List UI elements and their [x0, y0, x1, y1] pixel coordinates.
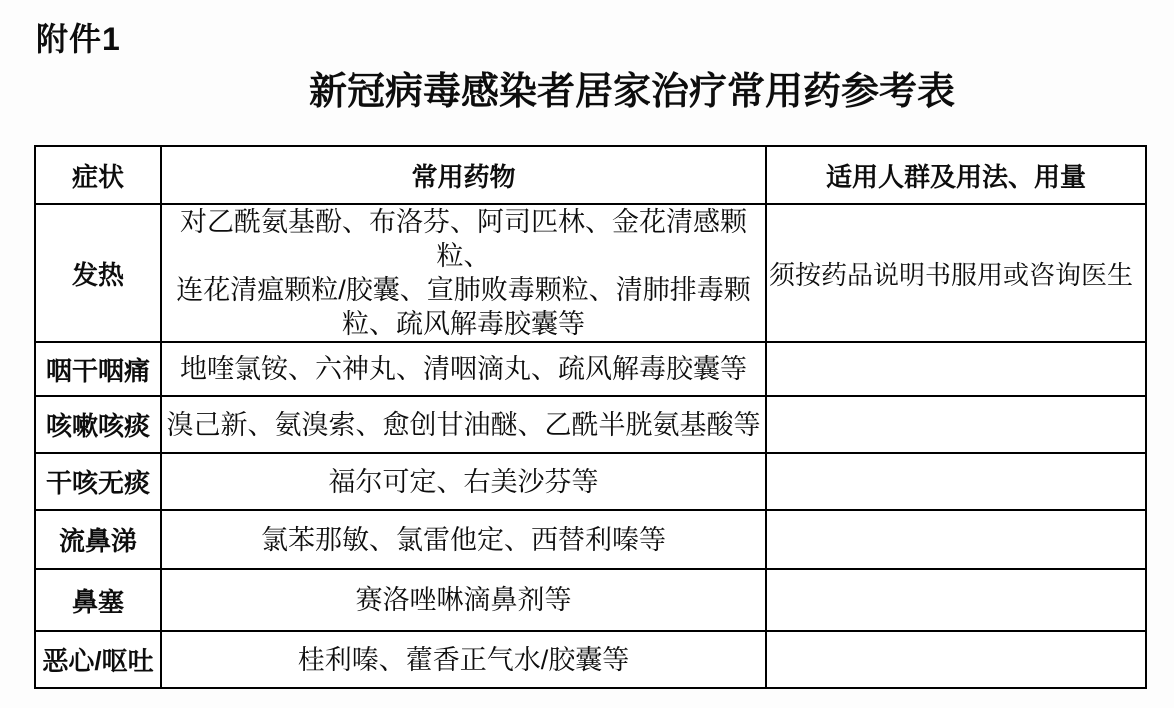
table-header-row: 症状 常用药物 适用人群及用法、用量 — [35, 146, 1146, 204]
symptom-cell: 鼻塞 — [35, 569, 161, 631]
usage-cell: 须按药品说明书服用或咨询医生 — [766, 204, 1146, 342]
symptom-cell: 流鼻涕 — [35, 510, 161, 569]
table-row: 干咳无痰福尔可定、右美沙芬等 — [35, 453, 1146, 510]
medicines-cell: 福尔可定、右美沙芬等 — [161, 453, 766, 510]
medicines-cell: 氯苯那敏、氯雷他定、西替利嗪等 — [161, 510, 766, 569]
table-row: 恶心/呕吐桂利嗪、藿香正气水/胶囊等 — [35, 631, 1146, 688]
col-header-medicines: 常用药物 — [161, 146, 766, 204]
symptom-cell: 干咳无痰 — [35, 453, 161, 510]
col-header-symptom: 症状 — [35, 146, 161, 204]
medicines-cell: 桂利嗪、藿香正气水/胶囊等 — [161, 631, 766, 688]
attachment-label: 附件1 — [36, 14, 121, 60]
medicines-cell: 赛洛唑啉滴鼻剂等 — [161, 569, 766, 631]
usage-cell — [766, 453, 1146, 510]
table-row: 咳嗽咳痰溴己新、氨溴索、愈创甘油醚、乙酰半胱氨基酸等 — [35, 396, 1146, 453]
usage-cell — [766, 510, 1146, 569]
medicines-cell: 对乙酰氨基酚、布洛芬、阿司匹林、金花清感颗 粒、 连花清瘟颗粒/胶囊、宣肺败毒颗… — [161, 204, 766, 342]
symptom-cell: 恶心/呕吐 — [35, 631, 161, 688]
medicine-table: 症状 常用药物 适用人群及用法、用量 发热对乙酰氨基酚、布洛芬、阿司匹林、金花清… — [34, 145, 1147, 689]
usage-cell — [766, 396, 1146, 453]
page-title: 新冠病毒感染者居家治疗常用药参考表 — [0, 60, 1174, 115]
symptom-cell: 咳嗽咳痰 — [35, 396, 161, 453]
table-row: 发热对乙酰氨基酚、布洛芬、阿司匹林、金花清感颗 粒、 连花清瘟颗粒/胶囊、宣肺败… — [35, 204, 1146, 342]
medicines-cell: 地喹氯铵、六神丸、清咽滴丸、疏风解毒胶囊等 — [161, 342, 766, 396]
table-row: 流鼻涕氯苯那敏、氯雷他定、西替利嗪等 — [35, 510, 1146, 569]
usage-cell — [766, 342, 1146, 396]
table-row: 咽干咽痛地喹氯铵、六神丸、清咽滴丸、疏风解毒胶囊等 — [35, 342, 1146, 396]
col-header-usage: 适用人群及用法、用量 — [766, 146, 1146, 204]
usage-cell — [766, 631, 1146, 688]
table-body: 发热对乙酰氨基酚、布洛芬、阿司匹林、金花清感颗 粒、 连花清瘟颗粒/胶囊、宣肺败… — [35, 204, 1146, 688]
symptom-cell: 发热 — [35, 204, 161, 342]
table-row: 鼻塞赛洛唑啉滴鼻剂等 — [35, 569, 1146, 631]
symptom-cell: 咽干咽痛 — [35, 342, 161, 396]
medicines-cell: 溴己新、氨溴索、愈创甘油醚、乙酰半胱氨基酸等 — [161, 396, 766, 453]
usage-cell — [766, 569, 1146, 631]
